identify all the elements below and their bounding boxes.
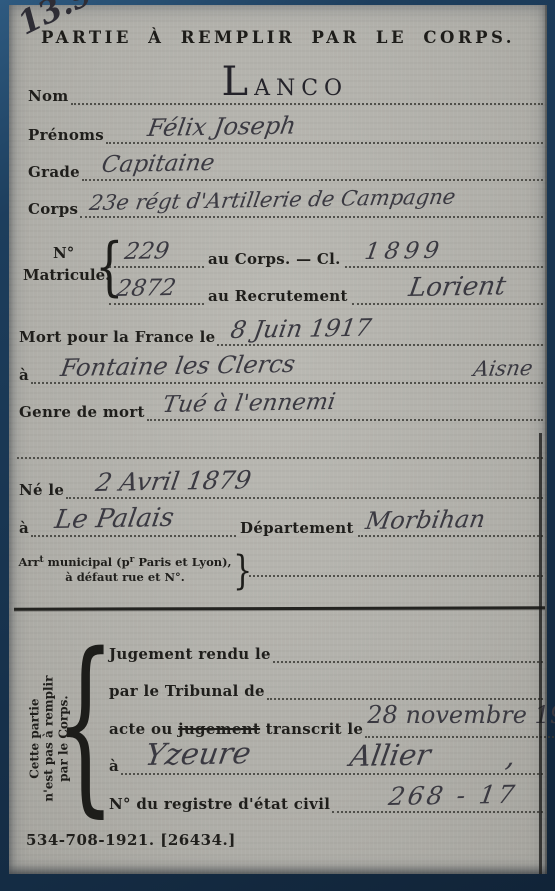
blank-line bbox=[17, 435, 543, 459]
classe-value: 1899 bbox=[363, 240, 445, 264]
ne-date-value: 2 Avril 1879 bbox=[94, 467, 253, 495]
nom-line: LANCO bbox=[71, 77, 544, 105]
field-prenoms: Prénoms Félix Joseph bbox=[28, 118, 543, 144]
form-title: PARTIE À REMPLIR PAR LE CORPS. bbox=[9, 28, 547, 47]
nom-value: LANCO bbox=[222, 62, 349, 102]
field-corps: Corps 23e régt d'Artillerie de Campagne bbox=[28, 192, 543, 218]
matricule-recrutement-line: 2872 bbox=[109, 275, 204, 305]
page-edge-line bbox=[545, 5, 547, 874]
matricule-corps-number: 229 bbox=[123, 240, 171, 264]
naissance-lieu-value: Le Palais bbox=[53, 505, 176, 533]
scanned-death-record: { "scan": { "corner_mark": {"main": "13.… bbox=[0, 0, 555, 891]
ne-date-line: 2 Avril 1879 bbox=[66, 471, 543, 499]
arr-municipal-line bbox=[249, 551, 543, 577]
recrutement-place-line: Lorient bbox=[352, 275, 543, 305]
mort-lieu-line: Fontaine les Clercs Aisne bbox=[31, 356, 543, 384]
registre-line: 268 - 17 bbox=[332, 785, 543, 813]
corps-line: 23e régt d'Artillerie de Campagne bbox=[80, 190, 543, 218]
recrutement-place-value: Lorient bbox=[407, 273, 508, 301]
naissance-lieu-label: à bbox=[19, 521, 31, 537]
mort-lieu-value: Fontaine les Clercs bbox=[59, 352, 297, 380]
page-edge-shadow bbox=[539, 433, 542, 874]
grade-label: Grade bbox=[28, 165, 82, 181]
matricule-corps-row: 229 au Corps. — Cl. 1899 bbox=[109, 240, 543, 268]
jugement-label: Jugement rendu le bbox=[109, 647, 273, 663]
transcrit-dept-value: Allier bbox=[348, 741, 433, 771]
departement-label: Département bbox=[236, 521, 358, 537]
grade-value: Capitaine bbox=[100, 152, 216, 177]
au-corps-label: au Corps. — Cl. bbox=[204, 252, 345, 268]
transcrit-dept-comma: , bbox=[504, 742, 518, 771]
field-grade: Grade Capitaine bbox=[28, 155, 543, 181]
matricule-label-no: N° bbox=[53, 244, 74, 262]
transcrit-lieu-line: Yzeure Allier , bbox=[121, 747, 543, 775]
mort-label: Mort pour la France le bbox=[19, 330, 217, 346]
tribunal-label: par le Tribunal de bbox=[109, 684, 267, 700]
corps-label: Corps bbox=[28, 202, 80, 218]
transcription-brace: { bbox=[55, 629, 115, 819]
field-mort-lieu: à Fontaine les Clercs Aisne bbox=[19, 358, 543, 384]
transcrit-date-value: 28 novembre 1917 bbox=[367, 701, 555, 729]
field-naissance-lieu: à Le Palais Département Morbihan bbox=[19, 511, 543, 537]
matricule-recrutement-number: 2872 bbox=[115, 277, 177, 301]
matricule-corps-line: 229 bbox=[109, 238, 204, 268]
au-recrutement-label: au Recrutement bbox=[204, 289, 352, 305]
field-registre: N° du registre d'état civil 268 - 17 bbox=[109, 787, 543, 813]
arr-municipal-line2: à défaut rue et N°. bbox=[17, 570, 233, 585]
classe-line: 1899 bbox=[345, 238, 543, 268]
arr-municipal-label: Arrt municipal (pr Paris et Lyon), à déf… bbox=[17, 555, 233, 585]
mort-lieu-label: à bbox=[19, 368, 31, 384]
arr-municipal-line1: Arrt municipal (pr Paris et Lyon), bbox=[17, 555, 233, 570]
genre-mort-value: Tué à l'ennemi bbox=[161, 391, 337, 417]
arr-municipal-row bbox=[249, 553, 543, 577]
corps-value: 23e régt d'Artillerie de Campagne bbox=[88, 187, 457, 214]
transcrit-line: 28 novembre 1917 bbox=[365, 710, 555, 738]
nom-label: Nom bbox=[28, 89, 71, 105]
tribunal-line bbox=[267, 672, 543, 700]
field-transcrit: acte ou jugement transcrit le 28 novembr… bbox=[109, 712, 543, 738]
prenoms-label: Prénoms bbox=[28, 128, 106, 144]
field-tribunal: par le Tribunal de bbox=[109, 674, 543, 700]
mort-dept-value: Aisne bbox=[472, 358, 534, 380]
field-transcrit-lieu: à Yzeure Allier , bbox=[109, 749, 543, 775]
naissance-lieu-line: Le Palais bbox=[31, 509, 236, 537]
prenoms-line: Félix Joseph bbox=[106, 116, 543, 144]
registre-label: N° du registre d'état civil bbox=[109, 797, 332, 813]
blank-dotted-line bbox=[17, 433, 543, 459]
form-reference-number: 534-708-1921. [26434.] bbox=[26, 831, 236, 849]
field-genre-mort: Genre de mort Tué à l'ennemi bbox=[19, 395, 543, 421]
field-mort-date: Mort pour la France le 8 Juin 1917 bbox=[19, 320, 543, 346]
departement-value: Morbihan bbox=[364, 507, 487, 533]
field-jugement: Jugement rendu le bbox=[109, 637, 543, 663]
genre-mort-label: Genre de mort bbox=[19, 405, 147, 421]
transcrit-lieu-label: à bbox=[109, 759, 121, 775]
ne-label: Né le bbox=[19, 483, 66, 499]
field-nom: Nom LANCO bbox=[28, 79, 543, 105]
transcrit-lieu-value: Yzeure bbox=[143, 739, 253, 771]
mort-date-value: 8 Juin 1917 bbox=[229, 316, 373, 342]
genre-mort-line: Tué à l'ennemi bbox=[147, 393, 543, 421]
departement-line: Morbihan bbox=[358, 509, 543, 537]
grade-line: Capitaine bbox=[82, 153, 543, 181]
mort-date-line: 8 Juin 1917 bbox=[217, 318, 543, 346]
matricule-recrutement-row: 2872 au Recrutement Lorient bbox=[109, 277, 543, 305]
side-note-line1: Cette partie bbox=[27, 653, 41, 825]
prenoms-value: Félix Joseph bbox=[146, 113, 298, 140]
section-divider-rule bbox=[14, 606, 545, 610]
jugement-line bbox=[273, 635, 543, 663]
field-naissance-date: Né le 2 Avril 1879 bbox=[19, 473, 543, 499]
registre-value: 268 - 17 bbox=[387, 782, 519, 809]
record-card-paper: 13.914 PARTIE À REMPLIR PAR LE CORPS. No… bbox=[9, 5, 547, 874]
